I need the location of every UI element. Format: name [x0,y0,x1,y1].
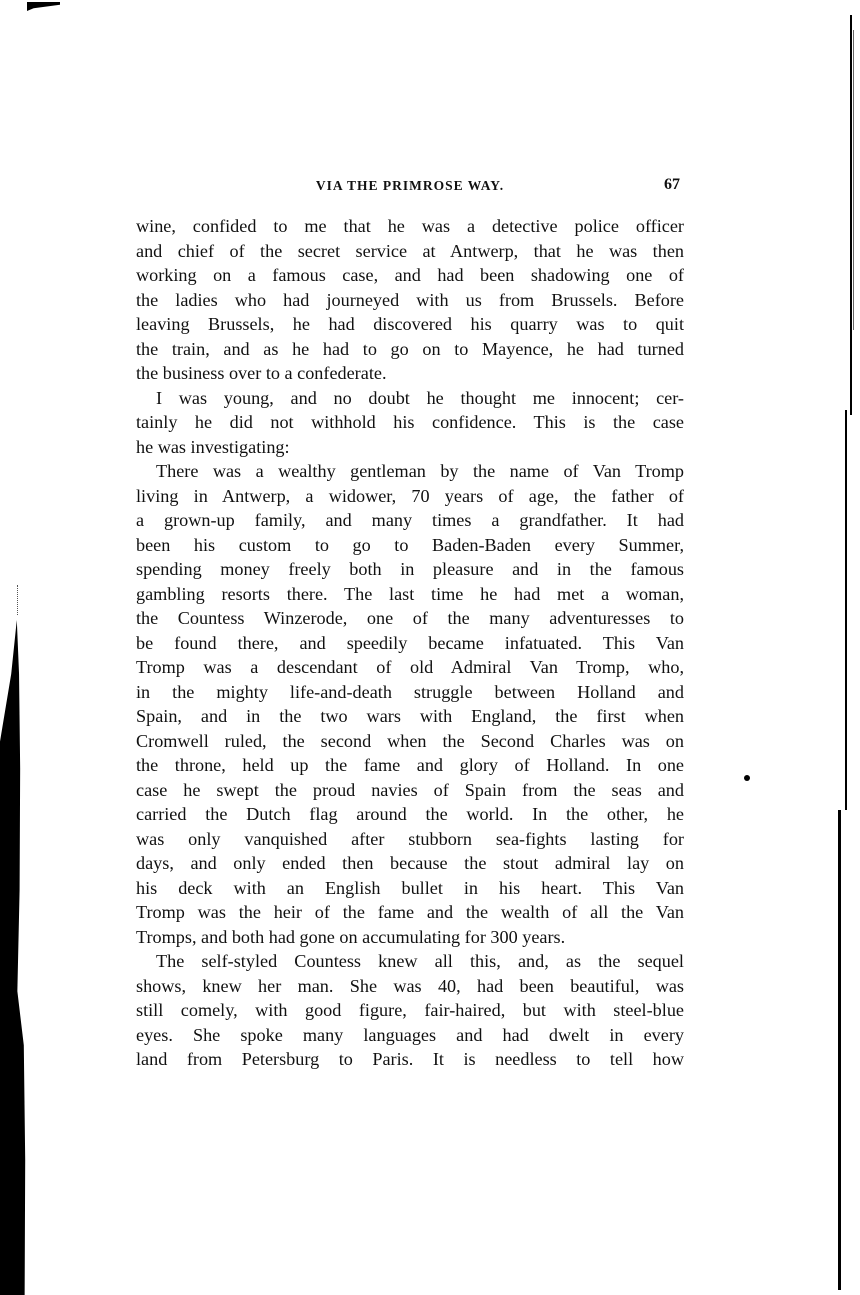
text-line: days, and only ended then because the st… [136,851,684,876]
text-line: case he swept the proud navies of Spain … [136,778,684,803]
text-line: a grown-up family, and many times a gran… [136,508,684,533]
text-line: There was a wealthy gentleman by the nam… [136,459,684,484]
text-line: tainly he did not withhold his confidenc… [136,410,684,435]
scan-right-page-edge [845,410,847,810]
running-title: VIA THE PRIMROSE WAY. [136,178,684,194]
text-line: in the mighty life-and-death struggle be… [136,680,684,705]
text-line: the train, and as he had to go on to May… [136,337,684,362]
text-line: Cromwell ruled, the second when the Seco… [136,729,684,754]
text-line: Tromp was a descendant of old Admiral Va… [136,655,684,680]
text-line: his deck with an English bullet in his h… [136,876,684,901]
text-line: be found there, and speedily became infa… [136,631,684,656]
text-line: Spain, and in the two wars with England,… [136,704,684,729]
text-line: working on a famous case, and had been s… [136,263,684,288]
text-line: eyes. She spoke many languages and had d… [136,1023,684,1048]
text-line: carried the Dutch flag around the world.… [136,802,684,827]
page-header: VIA THE PRIMROSE WAY. 67 [136,176,684,196]
text-line: the ladies who had journeyed with us fro… [136,288,684,313]
text-line: wine, confided to me that he was a detec… [136,214,684,239]
body-text: wine, confided to me that he was a detec… [136,214,684,1072]
text-line: the throne, held up the fame and glory o… [136,753,684,778]
scan-right-page-edge [838,810,841,1290]
text-line: the Countess Winzerode, one of the many … [136,606,684,631]
text-line: I was young, and no doubt he thought me … [136,386,684,411]
page-number: 67 [664,176,680,194]
text-line: the business over to a confederate. [136,361,684,386]
text-line: Tromps, and both had gone on accumulatin… [136,925,684,950]
text-line: land from Petersburg to Paris. It is nee… [136,1047,684,1072]
text-line: living in Antwerp, a widower, 70 years o… [136,484,684,509]
text-line: gambling resorts there. The last time he… [136,582,684,607]
text-line: been his custom to go to Baden-Baden eve… [136,533,684,558]
text-line: spending money freely both in pleasure a… [136,557,684,582]
scan-ink-speck [744,775,750,781]
text-line: leaving Brussels, he had discovered his … [136,312,684,337]
text-line: The self-styled Countess knew all this, … [136,949,684,974]
text-line: and chief of the secret service at Antwe… [136,239,684,264]
text-line: shows, knew her man. She was 40, had bee… [136,974,684,999]
scan-edge-specks [17,585,20,615]
text-line: he was investigating: [136,435,684,460]
scan-right-page-edge-inner [853,30,854,330]
text-line: still comely, with good figure, fair-hai… [136,998,684,1023]
scan-corner-mark [27,2,60,11]
scan-right-page-edge [850,15,852,415]
text-line: Tromp was the heir of the fame and the w… [136,900,684,925]
scan-left-page-edge [0,620,28,1295]
text-line: was only vanquished after stubborn sea-f… [136,827,684,852]
